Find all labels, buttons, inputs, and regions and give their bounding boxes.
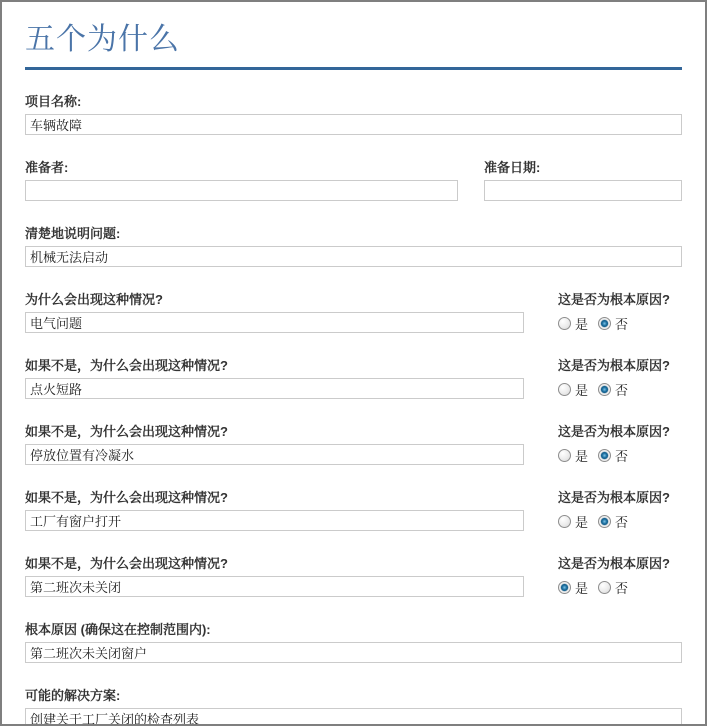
prepared-row: 准备者: 准备日期: bbox=[25, 159, 682, 201]
prep-date-input[interactable] bbox=[484, 180, 682, 201]
why-2-root-question: 这是否为根本原因? 是 否 bbox=[558, 357, 682, 399]
is-root-label: 这是否为根本原因? bbox=[558, 291, 682, 308]
five-whys-form: 五个为什么 项目名称: 准备者: 准备日期: 清楚地说明问题: 为什么会出现这种… bbox=[0, 0, 707, 726]
why-2-radio-group: 是 否 bbox=[558, 380, 682, 399]
why-3-question: 如果不是，为什么会出现这种情况? bbox=[25, 423, 524, 465]
prepared-by-section: 准备者: bbox=[25, 159, 458, 201]
why-row-4: 如果不是，为什么会出现这种情况? 这是否为根本原因? 是 否 bbox=[25, 489, 682, 531]
why-3-yes-radio[interactable] bbox=[558, 449, 571, 462]
is-root-label: 这是否为根本原因? bbox=[558, 423, 682, 440]
why-4-radio-group: 是 否 bbox=[558, 512, 682, 531]
why-2-question: 如果不是，为什么会出现这种情况? bbox=[25, 357, 524, 399]
why-row-1: 为什么会出现这种情况? 这是否为根本原因? 是 否 bbox=[25, 291, 682, 333]
is-root-label: 这是否为根本原因? bbox=[558, 555, 682, 572]
is-root-label: 这是否为根本原因? bbox=[558, 357, 682, 374]
yes-radio-label[interactable]: 是 bbox=[575, 314, 588, 333]
why-5-question: 如果不是，为什么会出现这种情况? bbox=[25, 555, 524, 597]
why-row-3: 如果不是，为什么会出现这种情况? 这是否为根本原因? 是 否 bbox=[25, 423, 682, 465]
prep-date-section: 准备日期: bbox=[484, 159, 682, 201]
problem-section: 清楚地说明问题: bbox=[25, 225, 682, 267]
why-row-2: 如果不是，为什么会出现这种情况? 这是否为根本原因? 是 否 bbox=[25, 357, 682, 399]
yes-radio-label[interactable]: 是 bbox=[575, 578, 588, 597]
why-4-input[interactable] bbox=[25, 510, 524, 531]
root-cause-input[interactable] bbox=[25, 642, 682, 663]
why-4-no-radio[interactable] bbox=[598, 515, 611, 528]
why-2-yes-radio[interactable] bbox=[558, 383, 571, 396]
why-3-radio-group: 是 否 bbox=[558, 446, 682, 465]
why-3-no-radio[interactable] bbox=[598, 449, 611, 462]
no-radio-label[interactable]: 否 bbox=[615, 314, 628, 333]
why-5-no-radio[interactable] bbox=[598, 581, 611, 594]
page-title: 五个为什么 bbox=[25, 23, 682, 58]
project-name-section: 项目名称: bbox=[25, 93, 682, 135]
solution-section: 可能的解决方案: bbox=[25, 687, 682, 726]
why-2-no-radio[interactable] bbox=[598, 383, 611, 396]
why-1-root-question: 这是否为根本原因? 是 否 bbox=[558, 291, 682, 333]
root-cause-section: 根本原因 (确保这在控制范围内): bbox=[25, 621, 682, 663]
no-radio-label[interactable]: 否 bbox=[615, 512, 628, 531]
solution-input[interactable] bbox=[25, 708, 682, 726]
why-1-radio-group: 是 否 bbox=[558, 314, 682, 333]
title-rule bbox=[25, 67, 682, 70]
why-3-input[interactable] bbox=[25, 444, 524, 465]
no-radio-label[interactable]: 否 bbox=[615, 446, 628, 465]
why-2-input[interactable] bbox=[25, 378, 524, 399]
why-1-yes-radio[interactable] bbox=[558, 317, 571, 330]
yes-radio-label[interactable]: 是 bbox=[575, 446, 588, 465]
why-2-label: 如果不是，为什么会出现这种情况? bbox=[25, 357, 524, 374]
solution-label: 可能的解决方案: bbox=[25, 687, 682, 704]
why-3-root-question: 这是否为根本原因? 是 否 bbox=[558, 423, 682, 465]
why-4-yes-radio[interactable] bbox=[558, 515, 571, 528]
project-name-input[interactable] bbox=[25, 114, 682, 135]
why-5-input[interactable] bbox=[25, 576, 524, 597]
why-5-yes-radio[interactable] bbox=[558, 581, 571, 594]
why-4-question: 如果不是，为什么会出现这种情况? bbox=[25, 489, 524, 531]
yes-radio-label[interactable]: 是 bbox=[575, 380, 588, 399]
why-1-input[interactable] bbox=[25, 312, 524, 333]
why-row-5: 如果不是，为什么会出现这种情况? 这是否为根本原因? 是 否 bbox=[25, 555, 682, 597]
why-5-label: 如果不是，为什么会出现这种情况? bbox=[25, 555, 524, 572]
why-5-radio-group: 是 否 bbox=[558, 578, 682, 597]
why-5-root-question: 这是否为根本原因? 是 否 bbox=[558, 555, 682, 597]
yes-radio-label[interactable]: 是 bbox=[575, 512, 588, 531]
is-root-label: 这是否为根本原因? bbox=[558, 489, 682, 506]
no-radio-label[interactable]: 否 bbox=[615, 380, 628, 399]
why-1-question: 为什么会出现这种情况? bbox=[25, 291, 524, 333]
problem-input[interactable] bbox=[25, 246, 682, 267]
why-4-label: 如果不是，为什么会出现这种情况? bbox=[25, 489, 524, 506]
why-1-no-radio[interactable] bbox=[598, 317, 611, 330]
prepared-by-label: 准备者: bbox=[25, 159, 458, 176]
problem-label: 清楚地说明问题: bbox=[25, 225, 682, 242]
why-1-label: 为什么会出现这种情况? bbox=[25, 291, 524, 308]
prepared-by-input[interactable] bbox=[25, 180, 458, 201]
why-4-root-question: 这是否为根本原因? 是 否 bbox=[558, 489, 682, 531]
why-3-label: 如果不是，为什么会出现这种情况? bbox=[25, 423, 524, 440]
prep-date-label: 准备日期: bbox=[484, 159, 682, 176]
project-name-label: 项目名称: bbox=[25, 93, 682, 110]
root-cause-label: 根本原因 (确保这在控制范围内): bbox=[25, 621, 682, 638]
no-radio-label[interactable]: 否 bbox=[615, 578, 628, 597]
